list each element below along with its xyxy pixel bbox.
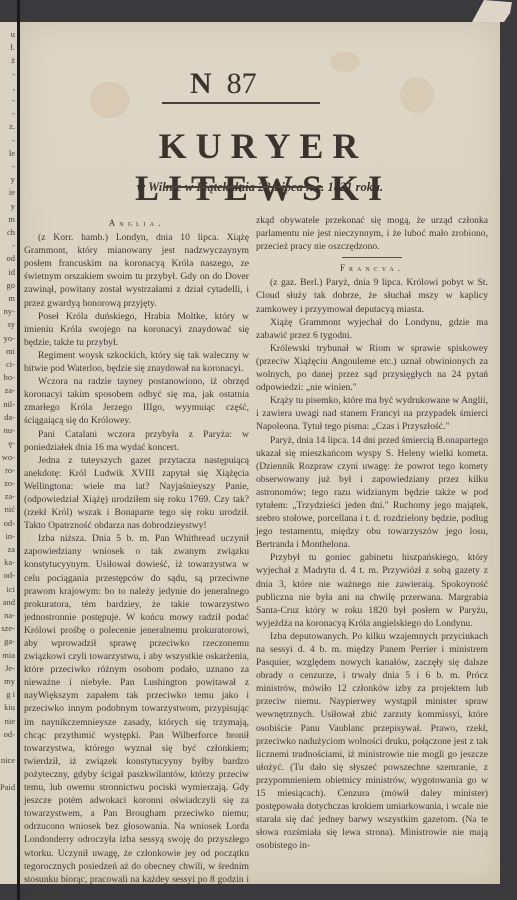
previous-page-edge: u ł. ż - , - - z. - le - y ie y m ch - o… bbox=[0, 22, 18, 884]
article-paragraph: Królewski trybunał w Riom w sprawie spis… bbox=[256, 342, 488, 394]
article-paragraph: Regiment woysk szkockich, który się tak … bbox=[24, 349, 249, 375]
section-heading-francya: Francya. bbox=[256, 262, 488, 275]
article-paragraph: Paryż, dnia 14 lipca. 14 dni przed śmier… bbox=[256, 434, 488, 552]
article-paragraph: Izba deputowanych. Po kilku wzajemnych p… bbox=[256, 630, 488, 853]
article-continuation: zkąd obywatele przekonać się mogą, że ur… bbox=[256, 214, 488, 253]
article-paragraph: Xiążę Grammont wyjechał do Londynu, gdzi… bbox=[256, 316, 488, 342]
torn-page-corner bbox=[472, 0, 512, 22]
article-paragraph: Wczora na radzie tayney postanowiono, iż… bbox=[24, 375, 249, 427]
article-paragraph: Izba niższa. Dnia 5 b. m. Pan Whitbread … bbox=[24, 532, 249, 899]
article-paragraph: Krąży tu pisemko, które ma być wydrukowa… bbox=[256, 394, 488, 433]
issue-number-value: 87 bbox=[227, 67, 257, 100]
article-paragraph: Poseł Króla duńskiego, Hrabia Moltke, kt… bbox=[24, 310, 249, 349]
issue-prefix: N bbox=[190, 67, 212, 100]
article-paragraph: Jedna z tuteyszych gazet przytacza nastę… bbox=[24, 454, 249, 533]
section-divider bbox=[342, 257, 402, 258]
article-paragraph: (z Korr. hamb.) Londyn, dnia 10 lipca. X… bbox=[24, 231, 249, 310]
article-paragraph: Pani Catalani wczora przybyła z Paryża: … bbox=[24, 428, 249, 454]
newspaper-title: KURYER LITEWSKI bbox=[38, 125, 488, 209]
issue-number: N 87 bbox=[190, 67, 257, 101]
section-heading-anglia: Anglia. bbox=[24, 217, 249, 230]
left-column: Anglia. (z Korr. hamb.) Londyn, dnia 10 … bbox=[24, 217, 249, 899]
masthead: N 87 KURYER LITEWSKI w Wilnie w Piątek d… bbox=[20, 22, 500, 197]
article-paragraph: Przybył tu goniec gabinetu hiszpańskiego… bbox=[256, 551, 488, 630]
masthead-rule-top bbox=[162, 102, 320, 104]
newspaper-page: N 87 KURYER LITEWSKI w Wilnie w Piątek d… bbox=[20, 22, 500, 884]
previous-page-text-fragments: u ł. ż - , - - z. - le - y ie y m ch - o… bbox=[0, 28, 17, 794]
dateline: w Wilnie w Piątek dnia 22 Lipca r. z. 18… bbox=[80, 180, 440, 195]
dateline-rule bbox=[165, 186, 323, 188]
article-paragraph: (z gaz. Berl.) Paryż, dnia 9 lipca. Król… bbox=[256, 276, 488, 315]
right-column: zkąd obywatele przekonać się mogą, że ur… bbox=[256, 214, 488, 853]
